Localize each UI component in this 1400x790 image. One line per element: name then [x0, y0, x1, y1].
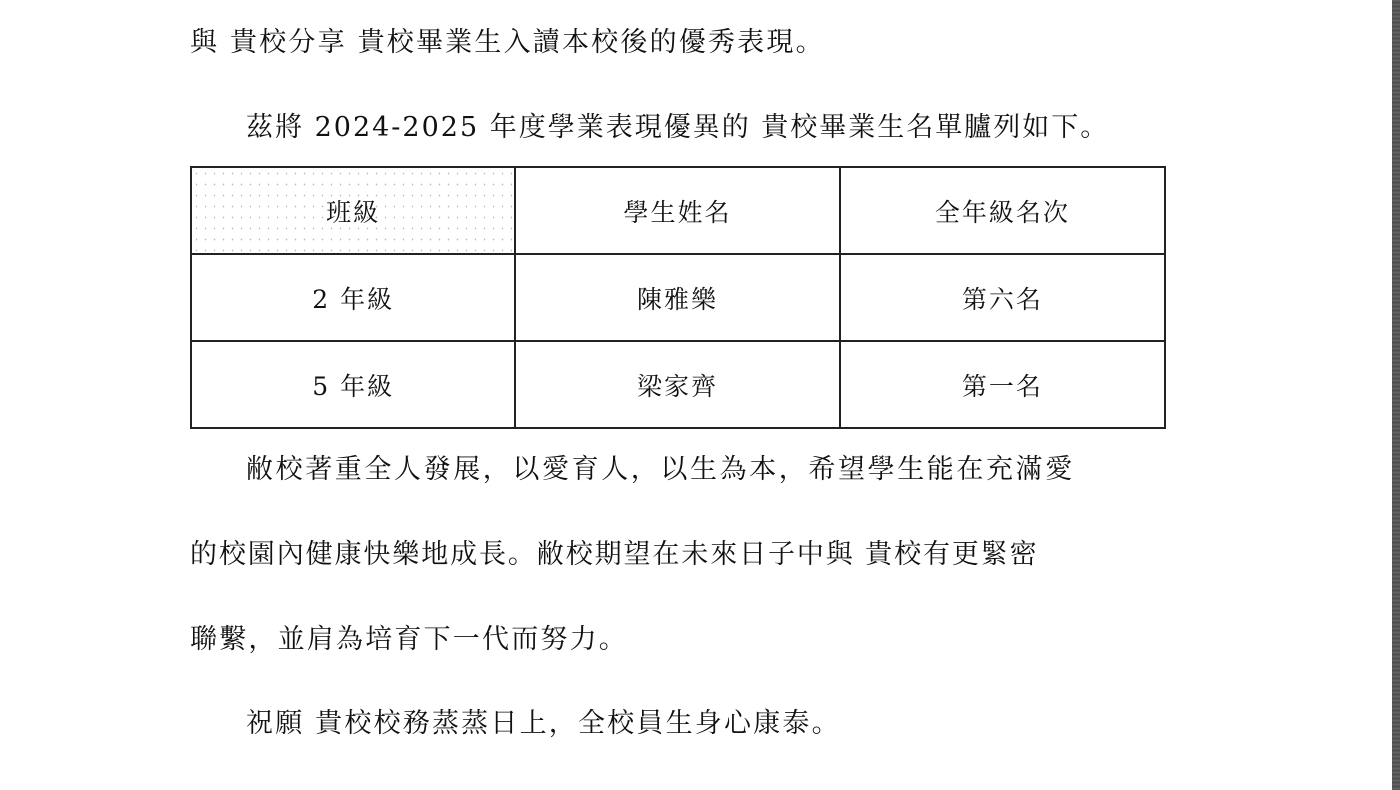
cell-student-name: 陳雅樂 — [515, 254, 839, 341]
cell-grade-rank: 第一名 — [840, 341, 1165, 428]
cell-student-name: 梁家齊 — [515, 341, 839, 428]
scanned-page-edge — [1392, 0, 1400, 790]
header-grade-rank: 全年級名次 — [840, 167, 1165, 254]
paragraph-line-closing-wishes: 祝願 貴校校務蒸蒸日上，全校員生身心康泰。 — [246, 707, 841, 741]
table-row: 5 年級 梁家齊 第一名 — [191, 341, 1165, 428]
paragraph-line-cooperation: 聯繫，並肩為培育下一代而努力。 — [190, 623, 628, 657]
cell-grade-rank: 第六名 — [840, 254, 1165, 341]
paragraph-line-school-hope: 的校園內健康快樂地成長。敝校期望在未來日子中與 貴校有更緊密 — [190, 538, 1039, 572]
header-student-name: 學生姓名 — [515, 167, 839, 254]
table-row: 2 年級 陳雅樂 第六名 — [191, 254, 1165, 341]
paragraph-line-share-performance: 與 貴校分享 貴校畢業生入讀本校後的優秀表現。 — [190, 26, 825, 60]
document-page: 與 貴校分享 貴校畢業生入讀本校後的優秀表現。 茲將 2024-2025 年度學… — [0, 0, 1400, 790]
table-header-row: 班級 學生姓名 全年級名次 — [191, 167, 1165, 254]
cell-class: 2 年級 — [191, 254, 515, 341]
student-ranking-table: 班級 學生姓名 全年級名次 2 年級 陳雅樂 第六名 5 年級 梁家齊 第一名 — [190, 166, 1166, 429]
paragraph-line-list-intro: 茲將 2024-2025 年度學業表現優異的 貴校畢業生名單臚列如下。 — [246, 111, 1109, 145]
paragraph-line-school-philosophy: 敝校著重全人發展，以愛育人，以生為本，希望學生能在充滿愛 — [246, 453, 1075, 487]
header-class: 班級 — [191, 167, 515, 254]
cell-class: 5 年級 — [191, 341, 515, 428]
